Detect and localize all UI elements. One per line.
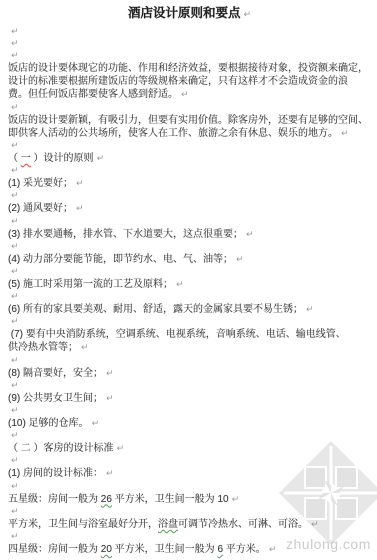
green-squiggle-text: 20 (101, 544, 112, 555)
text-run: (7) 要有中央消防系统，空调系统、电视系统，音响系统、电话、输电线管、 (8, 329, 346, 340)
paragraph-mark: ↵ (8, 531, 19, 541)
text-run: 可调节冷热水、可淋、可浴。 (178, 519, 308, 530)
empty-paragraph: ↵ (8, 405, 371, 417)
text-run: (8) 隔音要好，安全； (8, 368, 103, 379)
empty-paragraph: ↵ (8, 216, 371, 228)
paragraph-mark: ↵ (8, 216, 19, 226)
document-line: 饭店的设计要新颖，有吸引力，但要有实用价值。除客房外，还要有足够的空间、 (8, 114, 371, 127)
document-line: (1) 采光要好；↵ (8, 177, 371, 190)
paragraph-mark: ↵ (8, 355, 19, 365)
paragraph-mark: ↵ (8, 380, 19, 390)
empty-paragraph: ↵ (8, 266, 371, 278)
paragraph-mark: ↵ (8, 506, 19, 516)
paragraph-mark: ↵ (8, 291, 19, 301)
text-run: (10) 足够的仓库。 (8, 418, 89, 429)
empty-paragraph: ↵ (8, 531, 371, 543)
text-run: (6) 所有的家具要美观、耐用、舒适，露天的金属家具要不易生锈； (8, 304, 303, 315)
text-run: （ (8, 153, 21, 164)
paragraph-mark: ↵ (114, 443, 125, 453)
paragraph-mark: ↵ (8, 26, 19, 36)
text-run: 供冷热水管等； (8, 342, 78, 353)
document-line: (8) 隔音要好，安全；↵ (8, 367, 371, 380)
empty-paragraph: ↵ (8, 190, 371, 202)
empty-paragraph: ↵ (8, 102, 371, 114)
text-run: 饭店的设计要体现它的功能、作用和经济效益，要根据接待对象，投资额来确定， (8, 63, 368, 74)
document-line: 五星级：房间一般为 26 平方米，卫生间一般为 10↵ (8, 493, 371, 506)
document-line: 费。但任何饭店都要使客人感到舒适。↵ (8, 88, 371, 101)
empty-paragraph: ↵ (8, 506, 371, 518)
text-run: 费。但任何饭店都要使客人感到舒适。 (8, 89, 178, 100)
text-run: 平方米。 (223, 544, 266, 555)
paragraph-mark: ↵ (73, 178, 84, 188)
text-run: 设计的标准要根据所建饭店的等级规格来确定，只有这样才不会造成资金的浪 (8, 76, 348, 87)
paragraph-mark: ↵ (73, 203, 84, 213)
paragraph-mark: ↵ (89, 418, 100, 428)
paragraph-mark: ↵ (8, 190, 19, 200)
text-run: (4) 动力部分要能节能，即节约水、电、气、油等； (8, 254, 233, 265)
empty-paragraph: ↵ (8, 241, 371, 253)
paragraph-mark: ↵ (103, 368, 114, 378)
paragraph-mark: ↵ (8, 266, 19, 276)
text-run: 平方米，卫生间一般为 (112, 544, 218, 555)
text-run: (9) 公共男女卫生间； (8, 393, 103, 404)
paragraph-mark: ↵ (8, 316, 19, 326)
document-line: (2) 通风要好；↵ (8, 202, 371, 215)
paragraph-mark: ↵ (173, 279, 184, 289)
text-run: 平方米，卫生间与浴室最好分开， (8, 519, 158, 530)
empty-paragraph: ↵ (8, 50, 371, 62)
text-run: (5) 施工时采用第一流的工艺及原料； (8, 279, 173, 290)
document-line: (6) 所有的家具要美观、耐用、舒适，露天的金属家具要不易生锈；↵ (8, 303, 371, 316)
document-line: （ 二 ）客房的设计标准↵ (8, 442, 371, 455)
text-run: ）设计的原则 (31, 153, 94, 164)
paragraph-mark: ↵ (8, 405, 19, 415)
empty-paragraph: ↵ (8, 291, 371, 303)
document-line: (7) 要有中央消防系统，空调系统、电视系统，音响系统、电话、输电线管、 (8, 328, 371, 341)
empty-paragraph: ↵ (8, 316, 371, 328)
paragraph-mark: ↵ (103, 393, 114, 403)
paragraph-mark: ↵ (8, 481, 19, 491)
document-line: (5) 施工时采用第一流的工艺及原料；↵ (8, 278, 371, 291)
document-line: (1) 房间的设计标准：↵ (8, 467, 371, 480)
empty-paragraph: ↵ (8, 140, 371, 152)
text-run: 五星级：房间一般为 (8, 494, 101, 505)
red-squiggle-text: 一 (21, 153, 31, 164)
paragraph-mark: ↵ (229, 494, 240, 504)
paragraph-mark: ↵ (8, 455, 19, 465)
document-line: 即供客人活动的公共场所，使客人在工作、旅游之余有休息、娱乐的地方。↵ (8, 127, 371, 140)
empty-paragraph: ↵ (8, 481, 371, 493)
empty-paragraph: ↵ (8, 355, 371, 367)
text-run: 平方米，卫生间一般为 10 (112, 494, 229, 505)
empty-paragraph: ↵ (8, 165, 371, 177)
document-line: 饭店的设计要体现它的功能、作用和经济效益，要根据接待对象，投资额来确定， (8, 62, 371, 75)
empty-paragraph: ↵ (8, 380, 371, 392)
text-run: （ 二 ）客房的设计标准 (8, 443, 114, 454)
text-run: (2) 通风要好； (8, 203, 73, 214)
text-run: (3) 排水要通畅，排水管、下水道要大，这点很重要； (8, 229, 243, 240)
text-run: (1) 采光要好； (8, 178, 73, 189)
document-line: 四星级：房间一般为 20 平方米，卫生间一般为 6 平方米。↵ (8, 543, 371, 556)
paragraph-mark: ↵ (266, 544, 277, 554)
paragraph-mark: ↵ (8, 50, 19, 60)
green-squiggle-text: 浴盘 (158, 519, 178, 530)
text-run: 饭店的设计要新颖，有吸引力，但要有实用价值。除客房外，还要有足够的空间、 (8, 115, 368, 126)
green-squiggle-text: 26 (101, 494, 112, 505)
document-title: 酒店设计原则和要点↵ (8, 5, 371, 26)
document-line: 设计的标准要根据所建饭店的等级规格来确定，只有这样才不会造成资金的浪 (8, 75, 371, 88)
document-line: (4) 动力部分要能节能，即节约水、电、气、油等；↵ (8, 253, 371, 266)
document-line: （ 一 ）设计的原则↵ (8, 152, 371, 165)
empty-paragraph: ↵ (8, 455, 371, 467)
paragraph-mark: ↵ (8, 430, 19, 440)
text-run: 四星级：房间一般为 (8, 544, 101, 555)
text-run: 酒店设计原则和要点 (128, 6, 241, 20)
text-run: (1) 房间的设计标准： (8, 468, 103, 479)
paragraph-mark: ↵ (78, 342, 89, 352)
paragraph-mark: ↵ (8, 102, 19, 112)
document-body: 酒店设计原则和要点↵↵↵↵饭店的设计要体现它的功能、作用和经济效益，要根据接待对… (0, 0, 377, 560)
document-line: 平方米，卫生间与浴室最好分开，浴盘可调节冷热水、可淋、可浴。↵ (8, 518, 371, 531)
text-run: 即供客人活动的公共场所，使客人在工作、旅游之余有休息、娱乐的地方。 (8, 128, 338, 139)
document-line: (3) 排水要通畅，排水管、下水道要大，这点很重要；↵ (8, 228, 371, 241)
empty-paragraph: ↵ (8, 26, 371, 38)
paragraph-mark: ↵ (103, 468, 114, 478)
paragraph-mark: ↵ (233, 254, 244, 264)
paragraph-mark: ↵ (8, 165, 19, 175)
paragraph-mark: ↵ (8, 140, 19, 150)
paragraph-mark: ↵ (243, 229, 254, 239)
paragraph-mark: ↵ (338, 128, 349, 138)
document-page: zhulong.com 酒店设计原则和要点↵↵↵↵饭店的设计要体现它的功能、作用… (0, 0, 377, 560)
paragraph-mark: ↵ (94, 153, 105, 163)
document-line: 供冷热水管等；↵ (8, 341, 371, 354)
paragraph-mark: ↵ (308, 519, 319, 529)
paragraph-mark: ↵ (8, 38, 19, 48)
empty-paragraph: ↵ (8, 38, 371, 50)
document-line: (9) 公共男女卫生间；↵ (8, 392, 371, 405)
paragraph-mark: ↵ (240, 9, 251, 19)
document-line: (10) 足够的仓库。↵ (8, 417, 371, 430)
paragraph-mark: ↵ (303, 304, 314, 314)
paragraph-mark: ↵ (8, 241, 19, 251)
paragraph-mark: ↵ (178, 89, 189, 99)
empty-paragraph: ↵ (8, 430, 371, 442)
